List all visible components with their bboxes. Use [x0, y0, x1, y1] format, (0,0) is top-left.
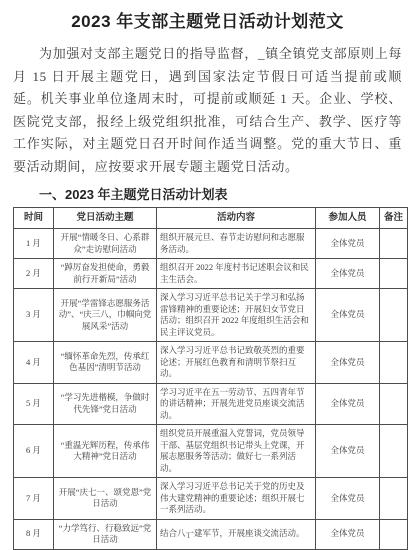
table-header-row: 时间党日活动主题活动内容参加人员备注 [14, 208, 408, 229]
table-row: 6 月“重温光辉历程，传承伟大精神”党日活动组织党员开展重温入党誓词，党员领导干… [14, 425, 408, 478]
cell-participants: 全体党员 [316, 383, 380, 425]
cell-month: 4 月 [14, 342, 54, 384]
column-header-content: 活动内容 [157, 208, 316, 229]
cell-participants: 全体党员 [316, 478, 380, 520]
cell-remark [380, 478, 408, 520]
cell-content: 组织召开 2022 年度村书记述职会议和民主生活会。 [157, 259, 316, 289]
column-header-remark: 备注 [380, 208, 408, 229]
document-page: 2023 年支部主题党日活动计划范文 为加强对支部主题党日的指导监督，_镇全镇党… [0, 0, 415, 550]
cell-content: 深入学习习近平总书记关于党的历史及伟大建党精神的重要论述；组织开展七一系列活动。 [157, 478, 316, 520]
activity-plan-table: 时间党日活动主题活动内容参加人员备注 1 月开展“情暖冬日、心系群众”走访慰问活… [13, 207, 408, 550]
cell-month: 5 月 [14, 383, 54, 425]
cell-theme: “学习先进楷模，争做时代先锋”党日活动 [54, 383, 157, 425]
table-row: 1 月开展“情暖冬日、心系群众”走访慰问活动组织开展元旦、春节走访慰问和志愿服务… [14, 229, 408, 259]
page-number: 1 [0, 531, 377, 540]
cell-content: 组织开展元旦、春节走访慰问和志愿服务活动。 [157, 229, 316, 259]
cell-month: 7 月 [14, 478, 54, 520]
cell-remark [380, 383, 408, 425]
cell-participants: 全体党员 [316, 229, 380, 259]
cell-remark [380, 519, 408, 549]
cell-month: 1 月 [14, 229, 54, 259]
table-row: 2 月“踔厉奋发担使命，勇毅前行开新局”活动组织召开 2022 年度村书记述职会… [14, 259, 408, 289]
cell-month: 3 月 [14, 289, 54, 342]
cell-content: 组织党员开展重温入党誓词，党员领导干部、基层党组织书记带头上党课，开展志愿服务等… [157, 425, 316, 478]
cell-theme: 开展“庆七一、颂党恩”党日活动 [54, 478, 157, 520]
cell-content: 深入学习习近平总书记致敬英烈的重要论述；开展红色教育和清明节祭扫互动。 [157, 342, 316, 384]
cell-theme: 开展“情暖冬日、心系群众”走访慰问活动 [54, 229, 157, 259]
cell-month: 6 月 [14, 425, 54, 478]
cell-participants: 全体党员 [316, 259, 380, 289]
table-row: 3 月开展“学雷锋志愿服务活动”、“庆三八，巾帼向党展风采”活动深入学习习近平总… [14, 289, 408, 342]
cell-month: 2 月 [14, 259, 54, 289]
cell-remark [380, 425, 408, 478]
table-row: 7 月开展“庆七一、颂党恩”党日活动深入学习习近平总书记关于党的历史及伟大建党精… [14, 478, 408, 520]
document-title: 2023 年支部主题党日活动计划范文 [0, 0, 415, 32]
column-header-theme: 党日活动主题 [54, 208, 157, 229]
cell-participants: 全体党员 [316, 425, 380, 478]
cell-remark [380, 342, 408, 384]
cell-theme: 开展“学雷锋志愿服务活动”、“庆三八，巾帼向党展风采”活动 [54, 289, 157, 342]
table-row: 4 月“缅怀革命先烈，传承红色基因”清明节活动深入学习习近平总书记致敬英烈的重要… [14, 342, 408, 384]
section-heading: 一、2023 年主题党日活动计划表 [13, 184, 402, 203]
cell-content: 深入学习习近平总书记关于学习和弘扬雷锋精神的重要论述；开展妇女节党日活动；组织召… [157, 289, 316, 342]
cell-theme: “缅怀革命先烈，传承红色基因”清明节活动 [54, 342, 157, 384]
cell-participants: 全体党员 [316, 342, 380, 384]
cell-participants: 全体党员 [316, 289, 380, 342]
table-row: 5 月“学习先进楷模，争做时代先锋”党日活动学习习近平在五一劳动节、五四青年节的… [14, 383, 408, 425]
cell-remark [380, 229, 408, 259]
intro-paragraph: 为加强对支部主题党日的指导监督，_镇全镇党支部原则上每月 15 日开展主题党日，… [13, 43, 402, 178]
column-header-participants: 参加人员 [316, 208, 380, 229]
cell-remark [380, 289, 408, 342]
cell-theme: “踔厉奋发担使命，勇毅前行开新局”活动 [54, 259, 157, 289]
cell-theme: “重温光辉历程，传承伟大精神”党日活动 [54, 425, 157, 478]
cell-remark [380, 259, 408, 289]
cell-content: 学习习近平在五一劳动节、五四青年节的讲话精神；开展先进党员座谈交流活动。 [157, 383, 316, 425]
column-header-time: 时间 [14, 208, 54, 229]
